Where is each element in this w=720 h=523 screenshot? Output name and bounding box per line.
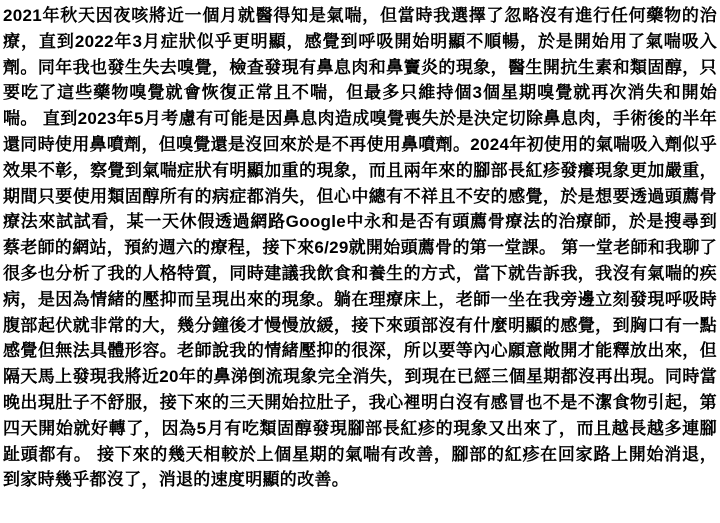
document-page: 2021年秋天因夜咳將近一個月就醫得知是氣喘，但當時我選擇了忽略沒有進行任何藥物… — [0, 0, 720, 523]
body-text: 2021年秋天因夜咳將近一個月就醫得知是氣喘，但當時我選擇了忽略沒有進行任何藥物… — [3, 3, 717, 493]
